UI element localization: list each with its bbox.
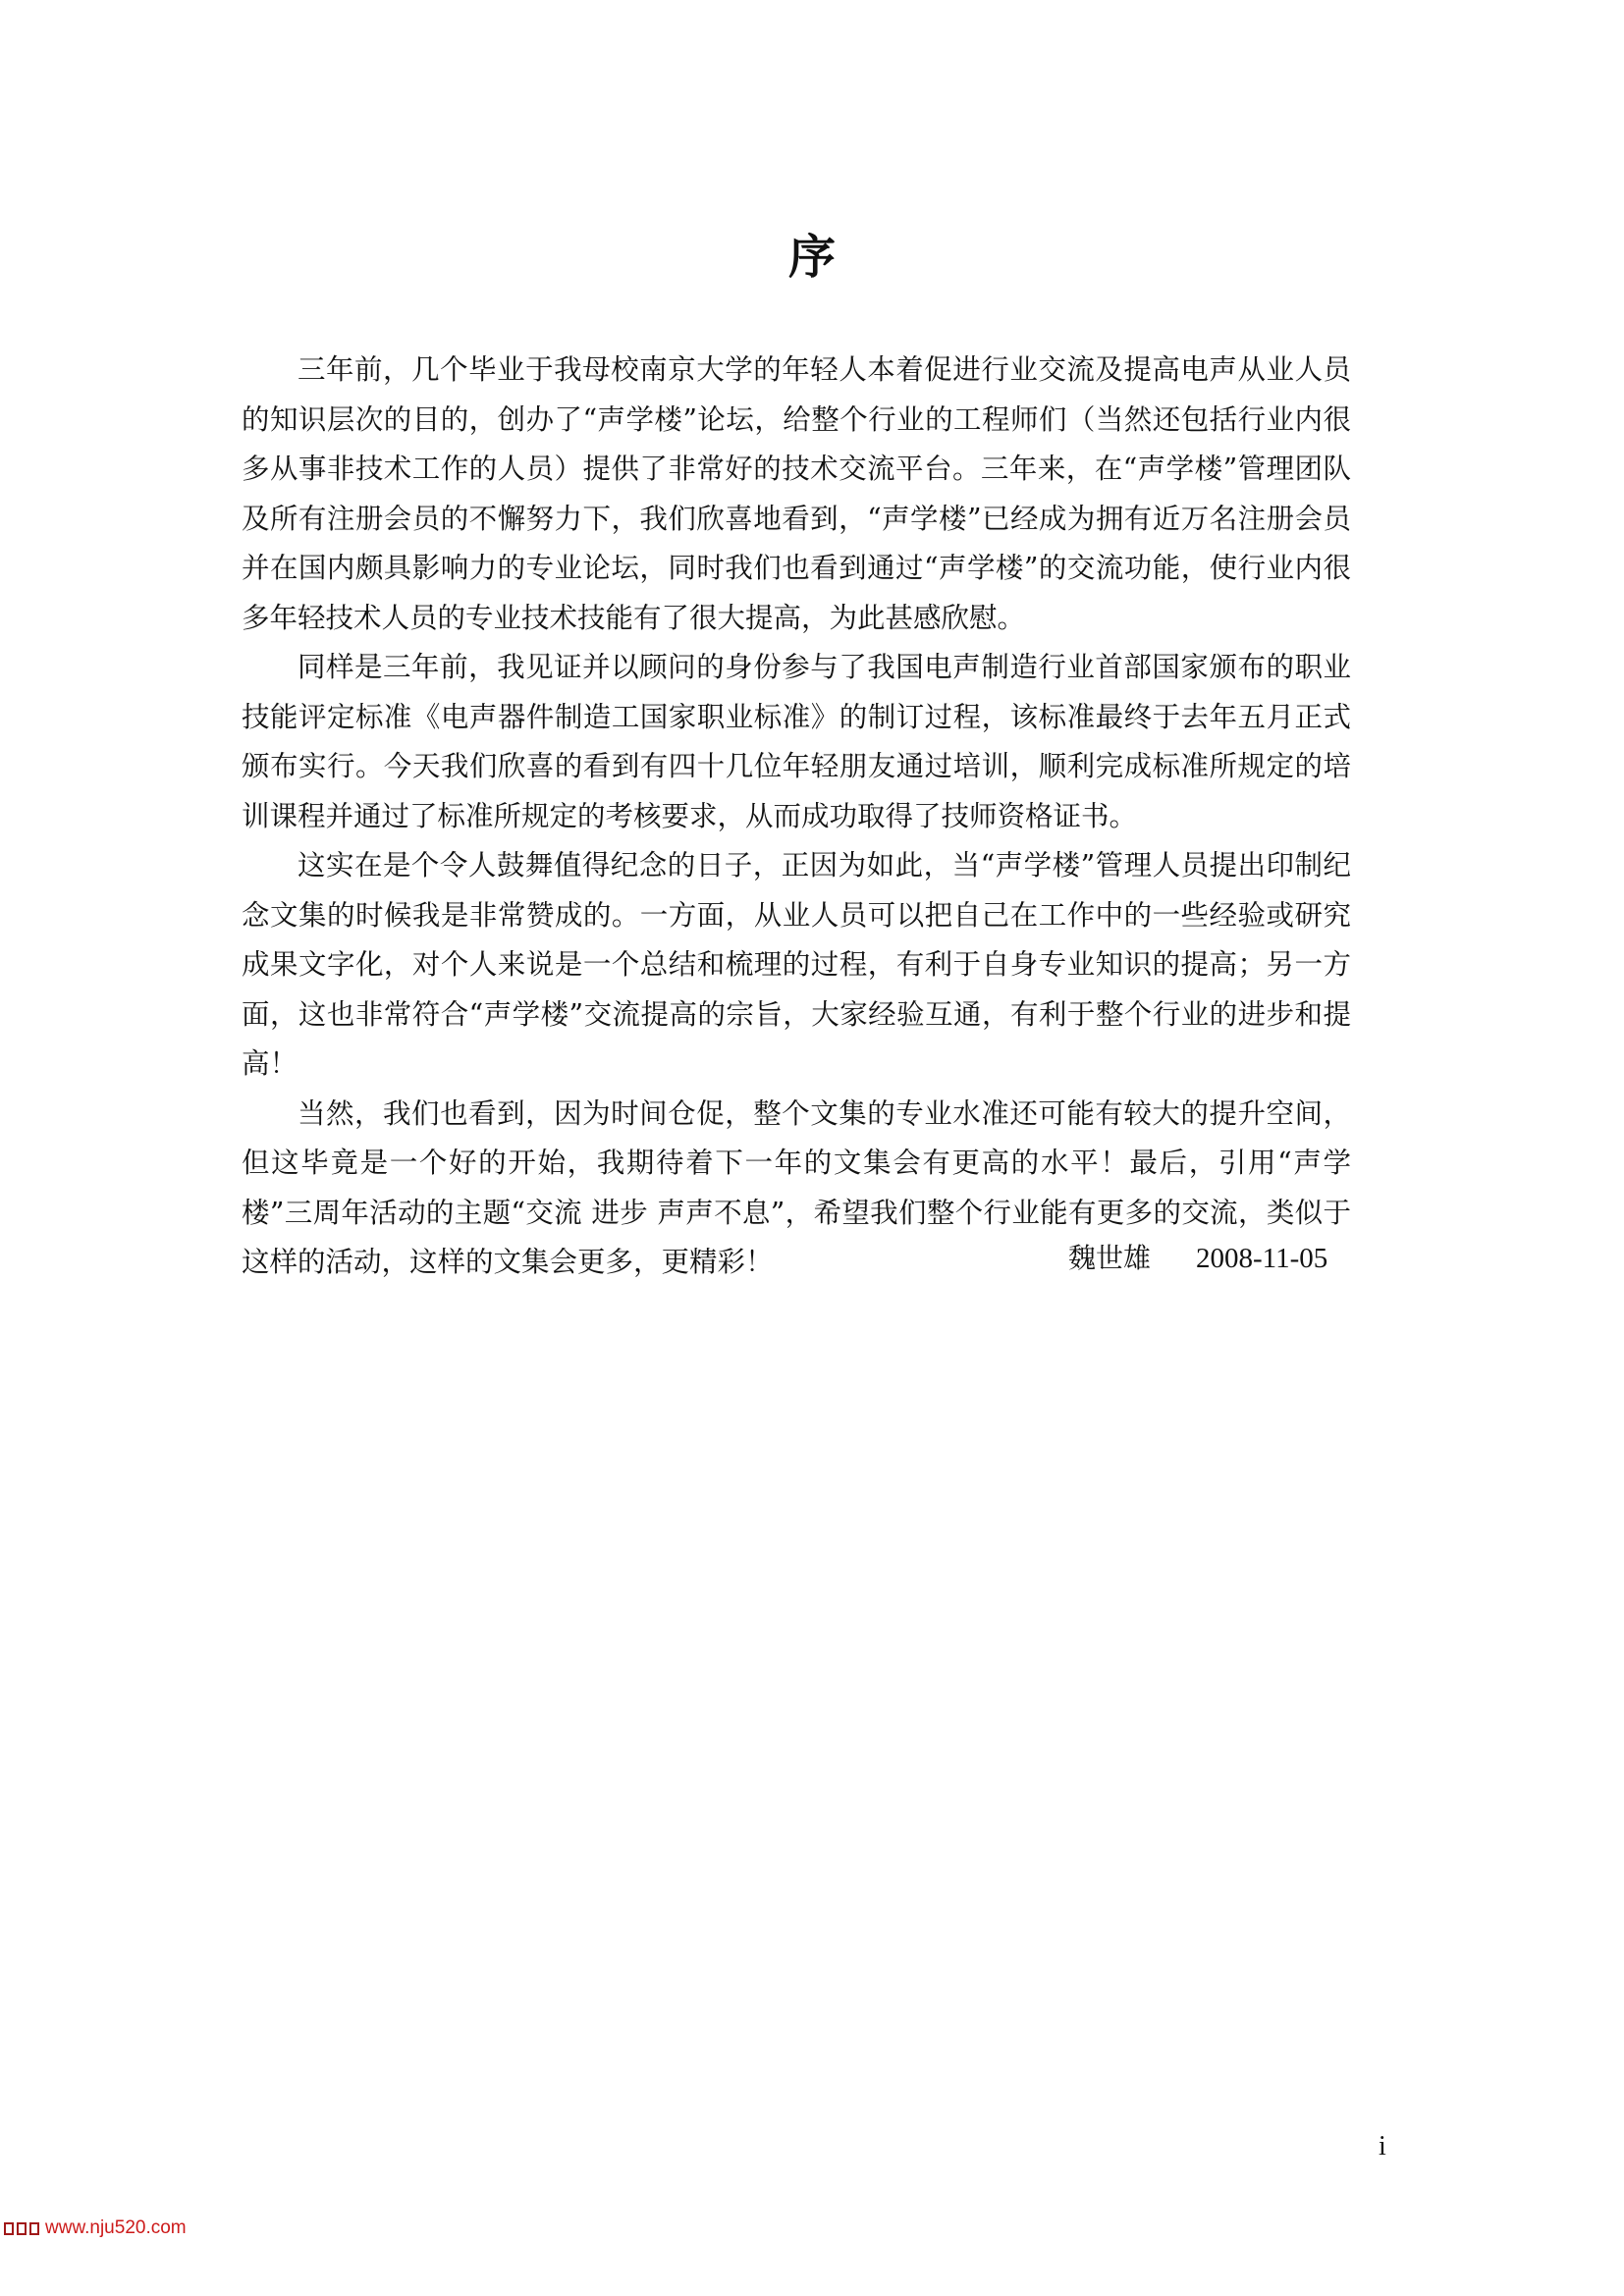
page-number: i	[1379, 2130, 1386, 2163]
signature: 魏世雄2008-11-05	[1068, 1239, 1327, 1278]
footer-website-link[interactable]: www.nju520.com	[45, 2216, 187, 2240]
document-page: 序 三年前，几个毕业于我母校南京大学的年轻人本着促进行业交流及提高电声从业人员的…	[0, 0, 1624, 2296]
preface-body: 三年前，几个毕业于我母校南京大学的年轻人本着促进行业交流及提高电声从业人员的知识…	[242, 346, 1351, 1288]
missing-glyph-icon	[17, 2222, 27, 2235]
paragraph: 三年前，几个毕业于我母校南京大学的年轻人本着促进行业交流及提高电声从业人员的知识…	[242, 346, 1351, 643]
missing-glyph-icons	[4, 2222, 39, 2235]
footer-watermark: www.nju520.com	[4, 2216, 187, 2240]
signature-date: 2008-11-05	[1196, 1243, 1327, 1274]
missing-glyph-icon	[29, 2222, 39, 2235]
page-title: 序	[0, 228, 1624, 287]
paragraph: 这实在是个令人鼓舞值得纪念的日子，正因为如此，当“声学楼”管理人员提出印制纪念文…	[242, 841, 1351, 1090]
signature-author: 魏世雄	[1068, 1242, 1151, 1274]
missing-glyph-icon	[4, 2222, 14, 2235]
paragraph: 同样是三年前，我见证并以顾问的身份参与了我国电声制造行业首部国家颁布的职业技能评…	[242, 643, 1351, 841]
